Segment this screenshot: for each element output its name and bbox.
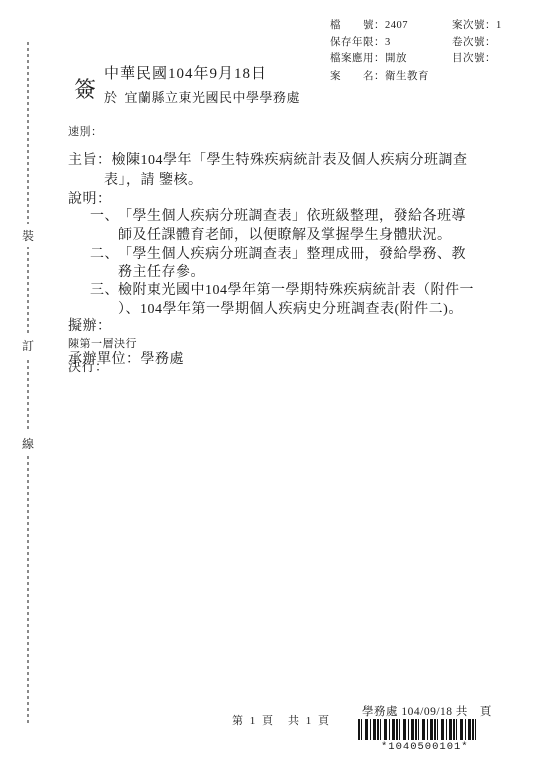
subject-line-2: 表」，請 鑒核。 — [104, 172, 203, 190]
decision-overlap-line: 決行： — [68, 359, 109, 375]
doc-at-prefix: 於 — [104, 90, 118, 105]
item-2-no: 二、 — [90, 246, 119, 264]
proposal-label: 擬辦： — [68, 318, 112, 336]
scanned-memo-page: 裝 訂 線 檔 號：2407 保存年限：3 檔案應用：開放 案 名：衛生教育 案… — [0, 0, 543, 768]
item-1-line-1: 「學生個人疾病分班調查表」依班級整理，發給各班導 — [118, 208, 466, 226]
item-2-line-1: 「學生個人疾病分班調查表」整理成冊，發給學務、教 — [118, 246, 466, 264]
doc-date: 中華民國104年9月18日 — [104, 65, 267, 84]
item-1-line-2: 師及任課體育老師，以便瞭解及掌握學生身體狀況。 — [118, 227, 452, 245]
item-3-no: 三、 — [90, 282, 119, 300]
meta-case-seq-value: 1 — [496, 20, 502, 31]
item-1-no: 一、 — [90, 208, 119, 226]
meta-volume-seq-label: 卷次號： — [452, 37, 496, 48]
item-3-line-1: 檢附東光國中104學年第一學期特殊疾病統計表（附件一 — [118, 282, 474, 300]
binding-char-xian: 線 — [20, 432, 36, 455]
speed-label: 速別： — [68, 126, 103, 140]
meta-file-number-label: 檔 號： — [330, 20, 385, 31]
barcode — [358, 719, 479, 740]
meta-case-name-label: 案 名： — [330, 71, 385, 82]
page-number: 第 1 頁 共 1 頁 — [232, 715, 331, 729]
item-3-line-2: ）、104學年第一學期個人疾病史分班調查表(附件二)。 — [118, 301, 463, 319]
doc-office-line: 於 宜蘭縣立東光國民中學學務處 — [104, 90, 300, 106]
receipt-stamp-text: 學務處 104/09/18 共 頁 — [362, 705, 492, 719]
barcode-value: *1040500101* — [381, 741, 469, 754]
meta-case-name-value: 衛生教育 — [385, 71, 429, 82]
meta-file-number: 檔 號：2407 — [330, 17, 408, 32]
subject-label: 主旨： — [68, 153, 112, 168]
doc-office: 宜蘭縣立東光國民中學學務處 — [125, 90, 301, 105]
meta-item-seq-label: 目次號： — [452, 53, 496, 64]
meta-retention-value: 3 — [385, 37, 391, 48]
item-2-line-2: 務主任存參。 — [118, 264, 205, 282]
meta-item-seq: 目次號： — [452, 50, 496, 65]
meta-retention: 保存年限：3 — [330, 34, 391, 49]
meta-case-name: 案 名：衛生教育 — [330, 68, 429, 83]
meta-access: 檔案應用：開放 — [330, 50, 407, 65]
meta-volume-seq: 卷次號： — [452, 34, 496, 49]
meta-access-label: 檔案應用： — [330, 53, 385, 64]
meta-file-number-value: 2407 — [385, 20, 408, 31]
binding-char-zhuang: 裝 — [20, 224, 36, 247]
meta-access-value: 開放 — [385, 53, 407, 64]
binding-dashed-line — [27, 42, 29, 726]
decision-note: 陳第一層決行 — [68, 338, 137, 352]
meta-retention-label: 保存年限： — [330, 37, 385, 48]
meta-case-seq: 案次號：1 — [452, 17, 502, 32]
subject-line-1: 主旨：檢陳104學年「學生特殊疾病統計表及個人疾病分班調查 — [68, 152, 468, 170]
doc-type-qian: 簽 — [74, 76, 97, 104]
explain-label: 說明： — [68, 191, 112, 209]
binding-char-ding: 訂 — [20, 334, 36, 357]
subject-text-1: 檢陳104學年「學生特殊疾病統計表及個人疾病分班調查 — [112, 153, 468, 168]
meta-case-seq-label: 案次號： — [452, 20, 496, 31]
